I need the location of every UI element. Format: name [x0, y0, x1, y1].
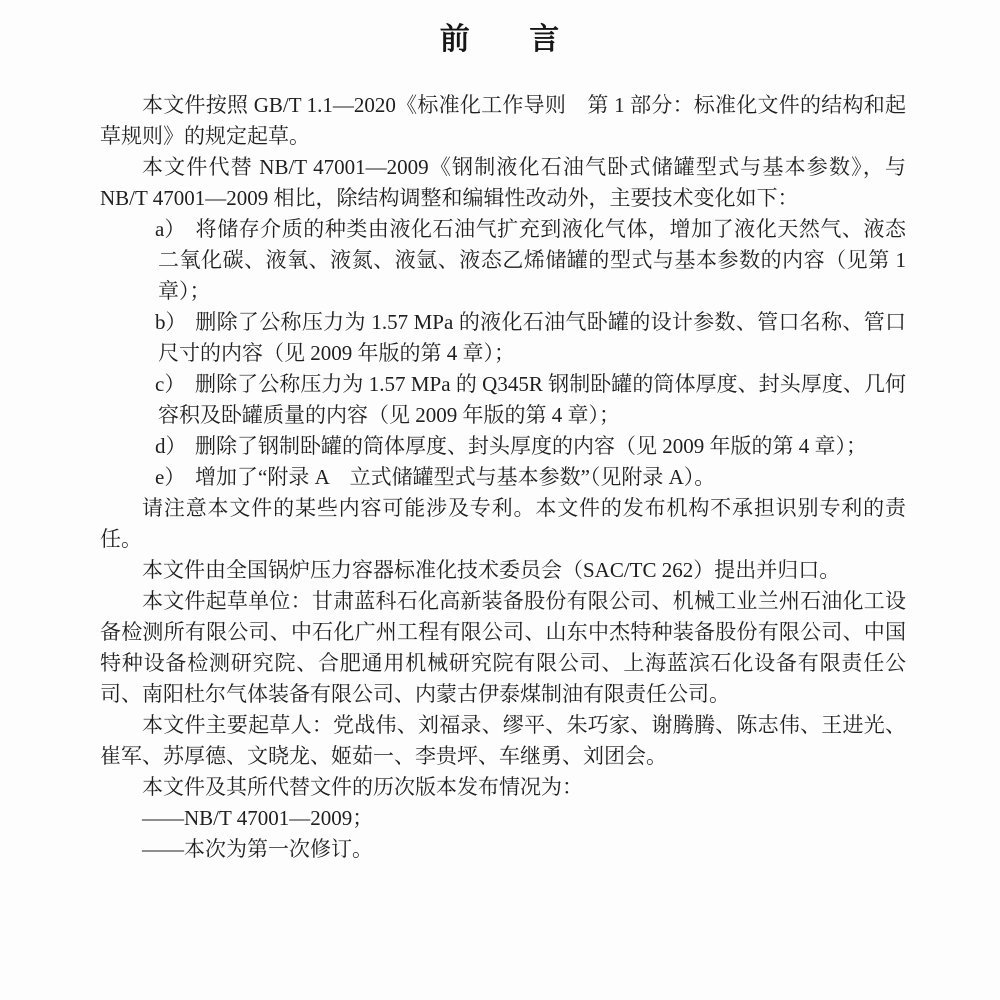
technical-changes-list: a） 将储存介质的种类由液化石油气扩充到液化气体，增加了液化天然气、液态二氧化碳… — [100, 214, 906, 493]
list-item-text: 将储存介质的种类由液化石油气扩充到液化气体，增加了液化天然气、液态二氧化碳、液氧… — [158, 217, 906, 303]
history-intro-paragraph: 本文件及其所代替文件的历次版本发布情况为： — [100, 772, 906, 803]
list-item-a: a） 将储存介质的种类由液化石油气扩充到液化气体，增加了液化天然气、液态二氧化碳… — [100, 214, 906, 307]
foreword-title: 前 言 — [0, 14, 1000, 58]
list-item-b: b） 删除了公称压力为 1.57 MPa 的液化石油气卧罐的设计参数、管口名称、… — [100, 307, 906, 369]
list-item-text: 删除了钢制卧罐的筒体厚度、封头厚度的内容（见 2009 年版的第 4 章）； — [195, 434, 867, 458]
list-item-text: 删除了公称压力为 1.57 MPa 的液化石油气卧罐的设计参数、管口名称、管口尺… — [158, 310, 906, 365]
list-item-text: 删除了公称压力为 1.57 MPa 的 Q345R 钢制卧罐的筒体厚度、封头厚度… — [158, 372, 906, 427]
history-item-previous-edition: ——NB/T 47001—2009； — [100, 803, 906, 834]
list-item-text: 增加了“附录 A 立式储罐型式与基本参数”（见附录 A）。 — [195, 465, 715, 489]
list-item-marker: e） — [155, 462, 185, 493]
foreword-body: 本文件按照 GB/T 1.1—2020《标准化工作导则 第 1 部分：标准化文件… — [100, 90, 906, 865]
drafters-paragraph: 本文件主要起草人：党战伟、刘福录、缪平、朱巧家、谢腾腾、陈志伟、王进光、崔军、苏… — [100, 710, 906, 772]
list-item-c: c） 删除了公称压力为 1.57 MPa 的 Q345R 钢制卧罐的筒体厚度、封… — [100, 369, 906, 431]
document-page: 前 言 本文件按照 GB/T 1.1—2020《标准化工作导则 第 1 部分：标… — [0, 0, 1000, 1000]
list-item-e: e） 增加了“附录 A 立式储罐型式与基本参数”（见附录 A）。 — [100, 462, 906, 493]
drafting-units-paragraph: 本文件起草单位：甘肃蓝科石化高新装备股份有限公司、机械工业兰州石油化工设备检测所… — [100, 586, 906, 710]
list-item-marker: c） — [155, 369, 185, 400]
list-item-marker: d） — [155, 431, 187, 462]
drafting-rules-paragraph: 本文件按照 GB/T 1.1—2020《标准化工作导则 第 1 部分：标准化文件… — [100, 90, 906, 152]
replacement-paragraph: 本文件代替 NB/T 47001—2009《钢制液化石油气卧式储罐型式与基本参数… — [100, 152, 906, 214]
list-item-marker: b） — [155, 307, 187, 338]
history-item-first-revision: ——本次为第一次修订。 — [100, 834, 906, 865]
list-item-marker: a） — [155, 214, 185, 245]
list-item-d: d） 删除了钢制卧罐的筒体厚度、封头厚度的内容（见 2009 年版的第 4 章）… — [100, 431, 906, 462]
patent-note-paragraph: 请注意本文件的某些内容可能涉及专利。本文件的发布机构不承担识别专利的责任。 — [100, 493, 906, 555]
committee-paragraph: 本文件由全国锅炉压力容器标准化技术委员会（SAC/TC 262）提出并归口。 — [100, 555, 906, 586]
